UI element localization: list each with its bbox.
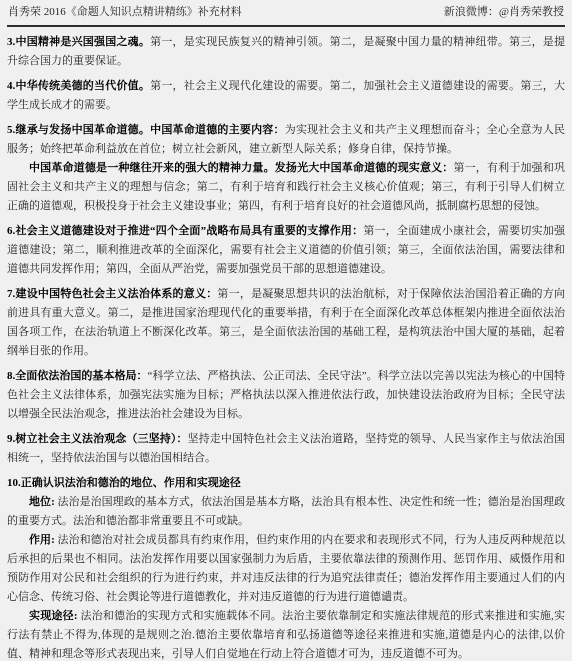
paragraph-lead-text: 实现途径: — [29, 610, 77, 622]
weibo-handle: 新浪微博：@肖秀荣教授 — [444, 5, 564, 20]
paragraph-lead-text: 10.正确认识法治和德治的地位、作用和实现途径 — [7, 477, 241, 489]
paragraph: 中国革命道德是一种继往开来的强大的精神力量。发扬光大中国革命道德的现实意义：第一… — [7, 159, 565, 216]
paragraph-lead-text: 4.中华传统美德的当代价值。 — [7, 80, 150, 92]
document-header: 肖秀荣 2016《命题人知识点精讲精练》补充材料 新浪微博：@肖秀荣教授 — [7, 2, 565, 27]
paragraph-lead-text: 3.中国精神是兴国强国之魂。 — [7, 36, 150, 48]
section-5: 5.继承与发扬中国革命道德。中国革命道德的主要内容：为实现社会主义和共产主义理想… — [7, 121, 565, 216]
section-4: 4.中华传统美德的当代价值。第一，社会主义现代化建设的需要。第二，加强社会主义道… — [7, 77, 565, 115]
document-body: 3.中国精神是兴国强国之魂。第一，是实现民族复兴的精神引领。第二，是凝聚中国力量… — [7, 27, 565, 661]
paragraph: 地位: 法治是治国理政的基本方式，依法治国是基本方略，法治具有根本性、决定性和统… — [7, 493, 565, 531]
paragraph-lead-text: 8.全面依法治国的基本格局： — [7, 370, 148, 382]
paragraph: 8.全面依法治国的基本格局：“科学立法、严格执法、公正司法、全民守法”。科学立法… — [7, 367, 565, 424]
paragraph-lead-text: 地位: — [29, 496, 55, 508]
paragraph: 实现途径: 法治和德治的实现方式和实施载体不同。法治主要依靠制定和实施法律规范的… — [7, 607, 565, 661]
section-10: 10.正确认识法治和德治的地位、作用和实现途径地位: 法治是治国理政的基本方式，… — [7, 474, 565, 661]
paragraph-lead-text: 9.树立社会主义法治观念（三坚持）： — [7, 433, 188, 445]
section-6: 6.社会主义道德建设对于推进“四个全面”战略布局具有重要的支撑作用：第一，全面建… — [7, 222, 565, 279]
document-title: 肖秀荣 2016《命题人知识点精讲精练》补充材料 — [8, 5, 242, 20]
section-8: 8.全面依法治国的基本格局：“科学立法、严格执法、公正司法、全民守法”。科学立法… — [7, 367, 565, 424]
paragraph-lead-text: 作用: — [29, 534, 55, 546]
paragraph: 3.中国精神是兴国强国之魂。第一，是实现民族复兴的精神引领。第二，是凝聚中国力量… — [7, 33, 565, 71]
section-7: 7.建设中国特色社会主义法治体系的意义：第一，是凝聚思想共识的法治航标，对于保障… — [7, 285, 565, 361]
paragraph-lead-text: 7.建设中国特色社会主义法治体系的意义： — [7, 288, 217, 300]
document-page: 肖秀荣 2016《命题人知识点精讲精练》补充材料 新浪微博：@肖秀荣教授 3.中… — [0, 0, 572, 661]
paragraph: 作用: 法治和德治对社会成员都具有约束作用，但约束作用的内在要求和表现形式不同，… — [7, 531, 565, 607]
paragraph-body-text: 法治是治国理政的基本方式，依法治国是基本方略，法治具有根本性、决定性和统一性；德… — [7, 496, 565, 527]
paragraph: 10.正确认识法治和德治的地位、作用和实现途径 — [7, 474, 565, 493]
paragraph: 9.树立社会主义法治观念（三坚持）：坚持走中国特色社会主义法治道路，坚持党的领导… — [7, 430, 565, 468]
section-9: 9.树立社会主义法治观念（三坚持）：坚持走中国特色社会主义法治道路，坚持党的领导… — [7, 430, 565, 468]
section-3: 3.中国精神是兴国强国之魂。第一，是实现民族复兴的精神引领。第二，是凝聚中国力量… — [7, 33, 565, 71]
paragraph: 7.建设中国特色社会主义法治体系的意义：第一，是凝聚思想共识的法治航标，对于保障… — [7, 285, 565, 361]
paragraph: 6.社会主义道德建设对于推进“四个全面”战略布局具有重要的支撑作用：第一，全面建… — [7, 222, 565, 279]
paragraph-lead-text: 5.继承与发扬中国革命道德。中国革命道德的主要内容： — [7, 124, 285, 136]
paragraph-body-text: 法治和德治的实现方式和实施载体不同。法治主要依靠制定和实施法律规范的形式来推进和… — [7, 610, 565, 660]
paragraph-lead-text: 中国革命道德是一种继往开来的强大的精神力量。发扬光大中国革命道德的现实意义： — [29, 162, 453, 174]
paragraph-body-text: 法治和德治对社会成员都具有约束作用，但约束作用的内在要求和表现形式不同，行为人违… — [7, 534, 565, 603]
paragraph: 4.中华传统美德的当代价值。第一，社会主义现代化建设的需要。第二，加强社会主义道… — [7, 77, 565, 115]
paragraph: 5.继承与发扬中国革命道德。中国革命道德的主要内容：为实现社会主义和共产主义理想… — [7, 121, 565, 159]
paragraph-lead-text: 6.社会主义道德建设对于推进“四个全面”战略布局具有重要的支撑作用： — [7, 225, 363, 237]
